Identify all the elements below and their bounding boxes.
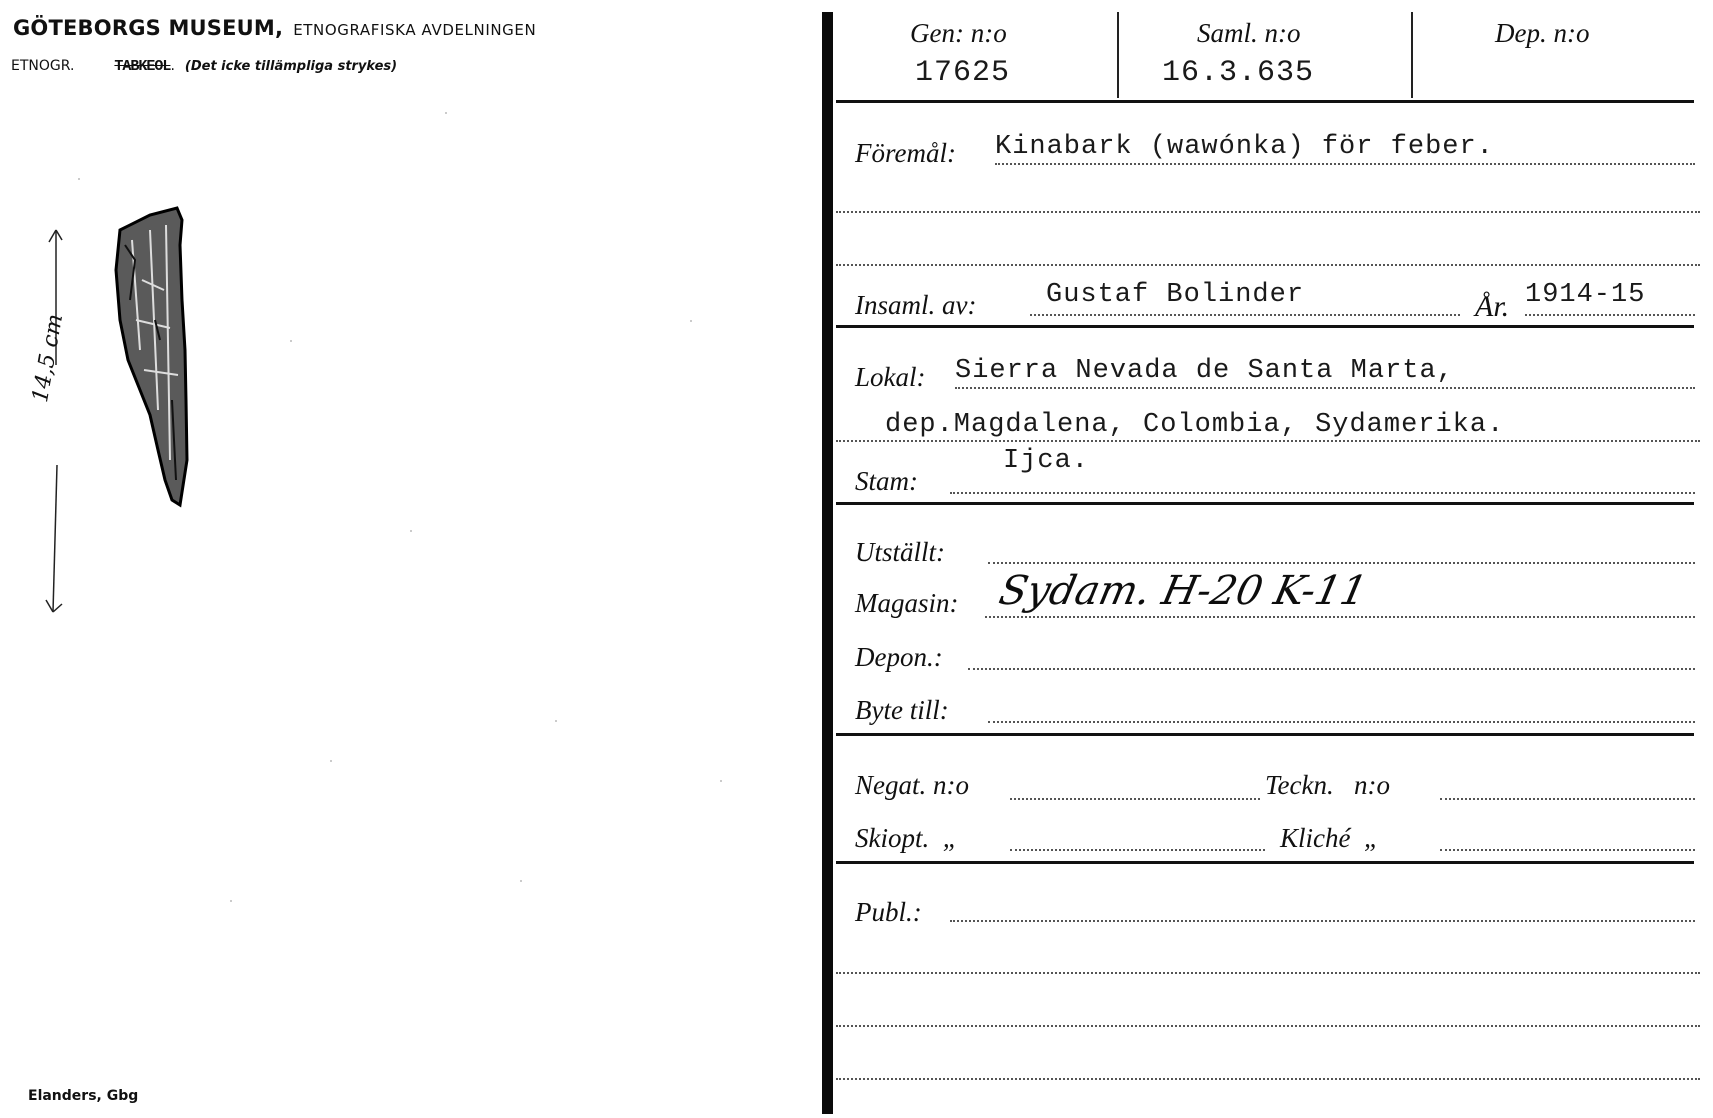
museum-name: GÖTEBORGS MUSEUM, xyxy=(13,16,283,40)
object-sketch xyxy=(40,200,220,620)
gen-no-value: 17625 xyxy=(915,56,1010,90)
negat-label: Negat. n:o xyxy=(855,770,969,801)
card-spine xyxy=(822,12,833,1114)
etnogr-label: ETNOGR. xyxy=(11,58,74,74)
bark-drawing-icon xyxy=(40,200,220,620)
printer-mark: Elanders, Gbg xyxy=(28,1088,138,1104)
ar-label: År. xyxy=(1475,290,1509,324)
utstallt-label: Utställt: xyxy=(855,537,945,568)
lokal-label: Lokal: xyxy=(855,362,926,393)
insaml-value[interactable]: Gustaf Bolinder xyxy=(1046,280,1304,310)
byte-label: Byte till: xyxy=(855,695,949,726)
magasin-label: Magasin: xyxy=(855,588,959,619)
stam-value[interactable]: Ijca. xyxy=(1003,446,1089,476)
kliche-label: Kliché „ xyxy=(1280,823,1379,854)
magasin-handwritten-value[interactable]: Sydam. H-20 K-11 xyxy=(995,568,1371,614)
saml-no-value: 16.3.635 xyxy=(1162,56,1314,90)
divider xyxy=(1411,12,1413,98)
section-rule xyxy=(836,861,1694,864)
skiopt-label: Skiopt. „ xyxy=(855,823,958,854)
saml-no-label: Saml. n:o xyxy=(1197,18,1301,49)
dep-no-label: Dep. n:o xyxy=(1495,18,1589,49)
publ-label: Publ.: xyxy=(855,897,922,928)
ar-value[interactable]: 1914-15 xyxy=(1525,280,1645,310)
museum-header: GÖTEBORGS MUSEUM, ETNOGRAFISKA AVDELNING… xyxy=(13,16,536,40)
depon-label: Depon.: xyxy=(855,642,943,673)
department-name: ETNOGRAFISKA AVDELNINGEN xyxy=(293,21,536,39)
section-rule xyxy=(836,325,1694,328)
teckn-label: Teckn. n:o xyxy=(1265,770,1390,801)
gen-no-label: Gen: n:o xyxy=(910,18,1007,49)
lokal-line2[interactable]: dep.Magdalena, Colombia, Sydamerika. xyxy=(885,410,1504,440)
section-rule xyxy=(836,733,1694,736)
section-rule xyxy=(836,100,1694,103)
foremal-value[interactable]: Kinabark (wawónka) för feber. xyxy=(995,132,1494,162)
stam-label: Stam: xyxy=(855,466,918,497)
foremal-label: Föremål: xyxy=(855,138,956,169)
struck-word: TABKEOL xyxy=(114,58,170,75)
instruction-note: (Det icke tillämpliga strykes) xyxy=(185,59,397,74)
lokal-line1[interactable]: Sierra Nevada de Santa Marta, xyxy=(955,356,1454,386)
sub-header: ETNOGR. TABKEOL. (Det icke tillämpliga s… xyxy=(11,57,397,75)
insaml-label: Insaml. av: xyxy=(855,290,976,321)
section-rule xyxy=(836,502,1694,505)
divider xyxy=(1117,12,1119,98)
